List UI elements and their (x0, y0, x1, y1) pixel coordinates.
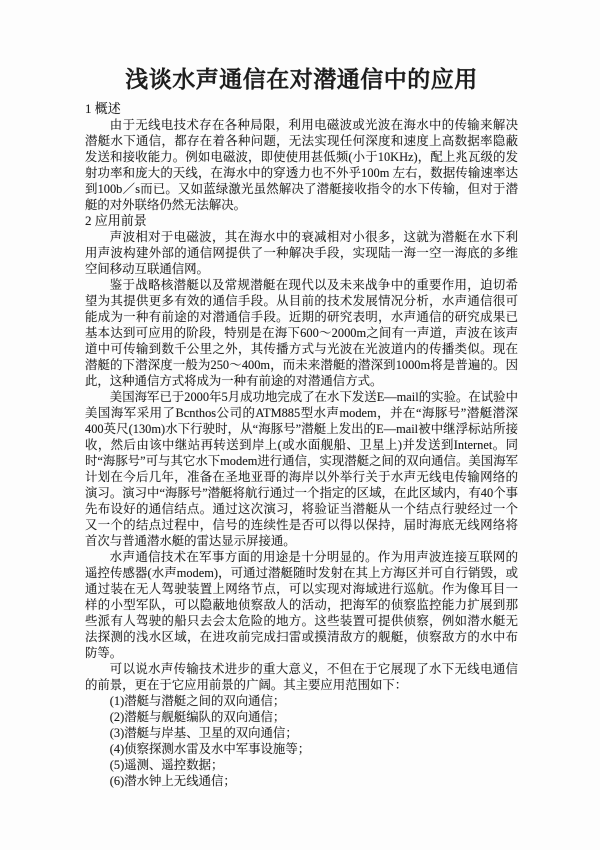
paragraph-acoustic-vs-em: 声波相对于电磁波，其在海水中的衰减相对小很多，这就为潜艇在水下利用声波构建外部的… (85, 229, 518, 277)
section-heading-application-prospects: 2 应用前景 (85, 213, 518, 229)
paragraph-application-scope-intro: 可以说水声传输技术进步的重大意义，不但在于它展现了水下无线电通信的前景，更在于它… (85, 661, 518, 693)
paragraph-military-uses: 水声通信技术在军事方面的用途是十分明显的。作为用声波连接互联网的遥控传感器(水声… (85, 549, 518, 661)
application-scope-list: (1)潜艇与潜艇之间的双向通信； (2)潜艇与舰艇编队的双向通信； (3)潜艇与… (85, 693, 518, 789)
list-item-1: (1)潜艇与潜艇之间的双向通信； (85, 693, 518, 709)
section-application-prospects: 2 应用前景 声波相对于电磁波，其在海水中的衰减相对小很多，这就为潜艇在水下利用… (85, 213, 518, 789)
list-item-4: (4)侦察探测水雷及水中军事设施等； (85, 741, 518, 757)
document-content: 浅谈水声通信在对潜通信中的应用 1 概述 由于无线电技术存在各种局限，利用电磁波… (85, 64, 518, 789)
paragraph-overview-1: 由于无线电技术存在各种局限，利用电磁波或光波在海水中的传输来解决潜艇水下通信，都… (85, 117, 518, 213)
paragraph-us-navy-email-experiment: 美国海军已于2000年5月成功地完成了在水下发送E—mail的实验。在试验中美国… (85, 389, 518, 549)
list-item-3: (3)潜艇与岸基、卫星的双向通信； (85, 725, 518, 741)
section-overview: 1 概述 由于无线电技术存在各种局限，利用电磁波或光波在海水中的传输来解决潜艇水… (85, 101, 518, 213)
document-title: 浅谈水声通信在对潜通信中的应用 (85, 64, 518, 95)
document-page: 浅谈水声通信在对潜通信中的应用 1 概述 由于无线电技术存在各种局限，利用电磁波… (0, 0, 600, 850)
paragraph-strategic-submarines: 鉴于战略核潜艇以及常规潜艇在现代以及未来战争中的重要作用，迫切希望为其提供更多有… (85, 277, 518, 389)
list-item-5: (5)遥测、遥控数据； (85, 757, 518, 773)
section-heading-overview: 1 概述 (85, 101, 518, 117)
list-item-6: (6)潜水钟上无线通信； (85, 773, 518, 789)
list-item-2: (2)潜艇与舰艇编队的双向通信； (85, 709, 518, 725)
